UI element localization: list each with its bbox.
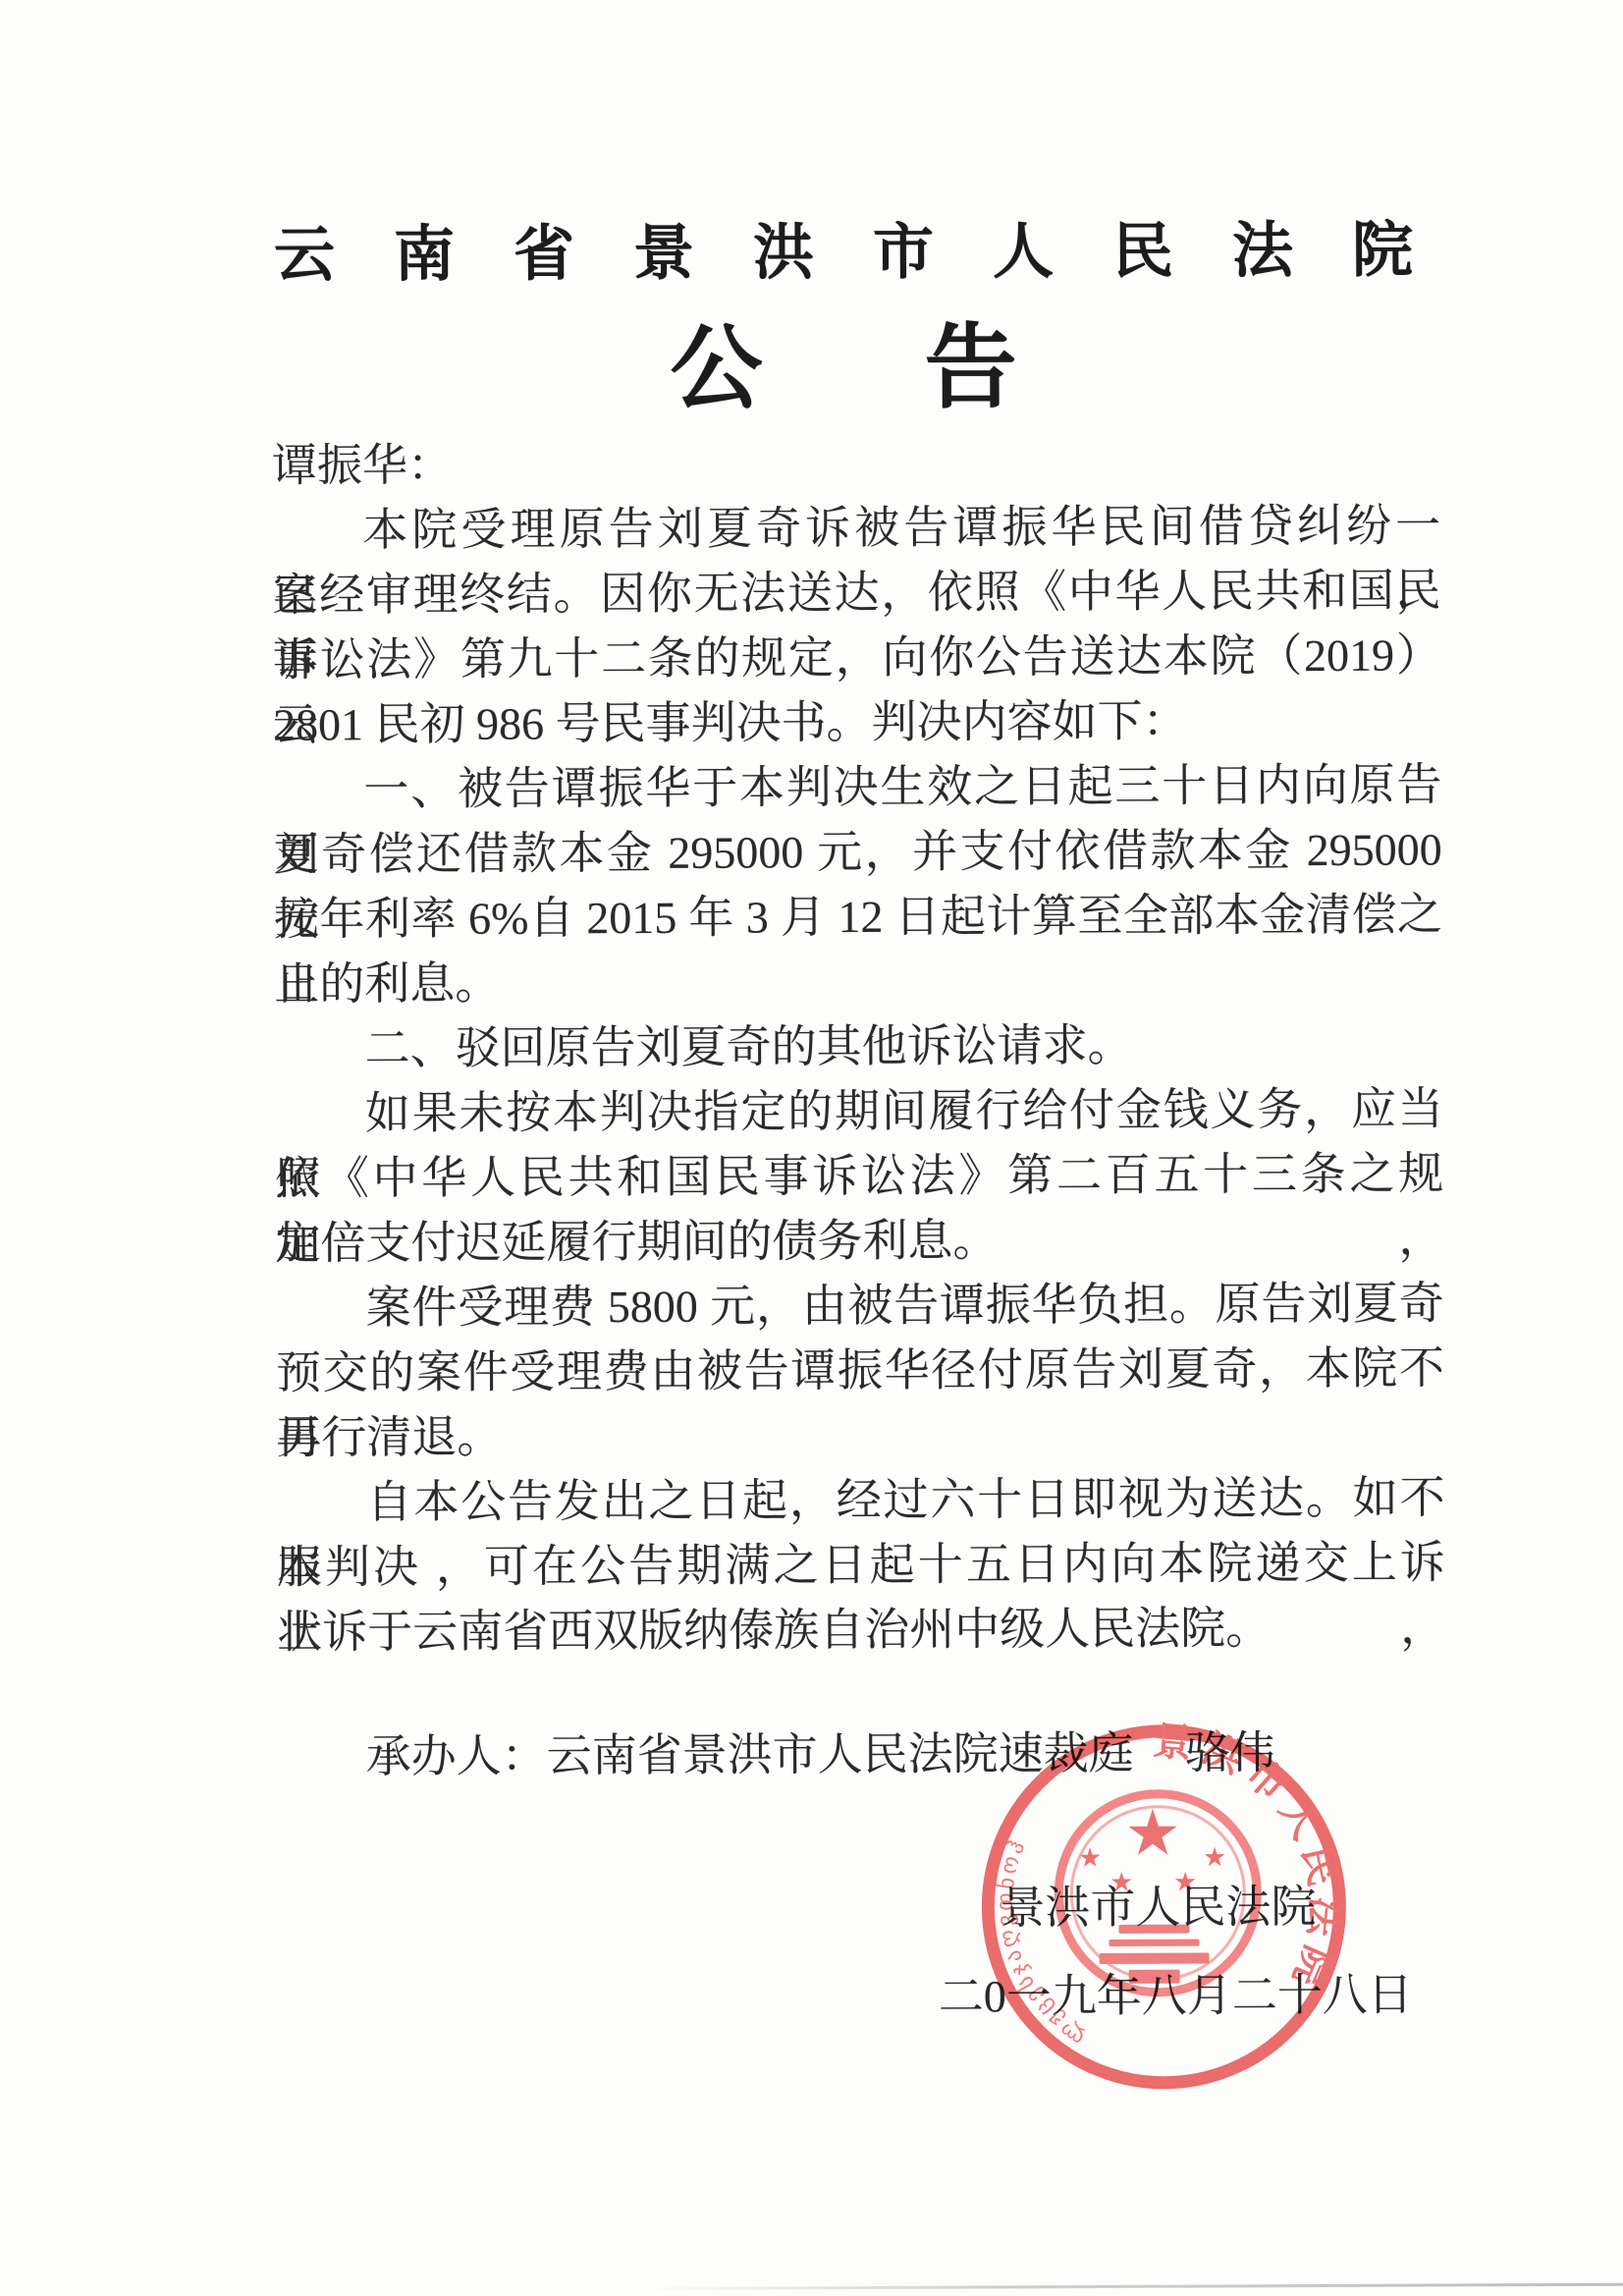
body-line: 本院受理原告刘夏奇诉被告谭振华民间借贷纠纷一案， [272,493,1440,563]
notice-heading-char: 公 [670,323,762,415]
body-line: 止的利息。 [274,947,1442,1016]
court-notice-page: 云南省景洪市人民法院 公 告 谭振华： 本院受理原告刘夏奇诉被告谭振华民间借贷纠… [0,0,1623,2296]
body-line: 诉讼法》第九十二条的规定，向你公告送达本院（2019）云 [273,623,1441,692]
body-line: 一、被告谭振华于本判决生效之日起三十日内向原告刘 [273,752,1441,822]
body-line: 本判决 ，可在公告期满之日起十五日内向本院递交上诉状， [277,1530,1445,1600]
body-line: 如果未按本判决指定的期间履行给付金钱义务，应当依 [275,1076,1443,1146]
body-line: 预交的案件受理费由被告谭振华径付原告刘夏奇，本院不再 [276,1336,1444,1405]
body-line: 上诉于云南省西双版纳傣族自治州中级人民法院。 [277,1595,1445,1665]
body-line: 照《中华人民共和国民事诉讼法》第二百五十三条之规定， [275,1141,1443,1211]
scanned-sheet: 云南省景洪市人民法院 公 告 谭振华： 本院受理原告刘夏奇诉被告谭振华民间借贷纠… [0,0,1623,2296]
body-line: 已经审理终结。因你无法送达，依照《中华人民共和国民事 [272,558,1440,628]
body-line: 二、驳回原告刘夏奇的其他诉讼请求。 [274,1011,1442,1081]
court-seal-stamp: 景洪市人民法院 ლჟცესჯაღვთნოჰ [969,1712,1360,2103]
notice-body: 谭振华： 本院受理原告刘夏奇诉被告谭振华民间借贷纠纷一案， 已经审理终结。因你无… [272,428,1445,1665]
notice-heading: 公 告 [670,322,1016,416]
notice-heading-char: 告 [924,322,1016,414]
page-title: 云南省景洪市人民法院 [274,220,1472,286]
body-line: 夏奇偿还借款本金 295000 元，并支付依借款本金 295000 元 [274,817,1442,887]
body-line: 案件受理费 5800 元，由被告谭振华负担。原告刘夏奇 [276,1271,1444,1340]
body-line: 2801 民初 986 号民事判决书。判决内容如下： [273,687,1441,757]
body-line: 谭振华： [272,428,1440,498]
scan-artifact-line [641,2283,1623,2290]
body-line: 按年利率 6%自 2015 年 3 月 12 日起计算至全部本金清偿之日 [274,882,1442,952]
seal-gate-emblem [1099,1925,1209,1984]
body-line: 自本公告发出之日起，经过六十日即视为送达。如不服 [276,1465,1444,1535]
body-line: 另行清退。 [276,1400,1444,1470]
